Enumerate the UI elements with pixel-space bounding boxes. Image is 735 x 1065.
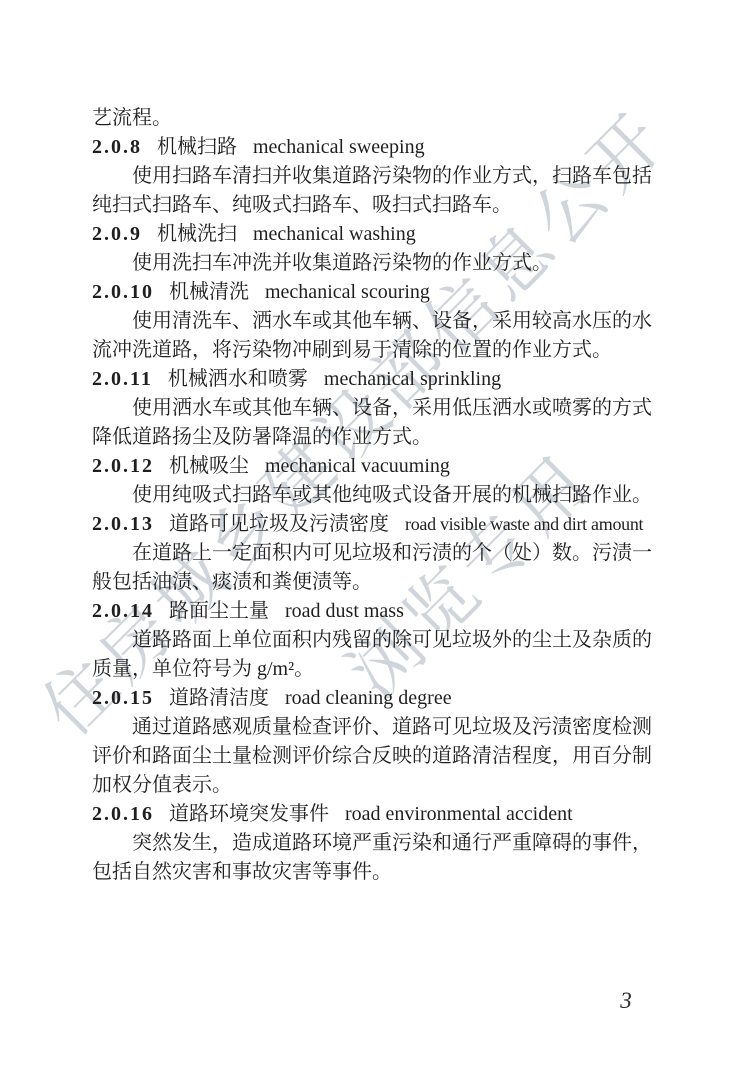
clause-number: 2.0.15	[92, 687, 154, 709]
term-section: 2.0.13道路可见垃圾及污渍密度road visible waste and …	[92, 510, 652, 597]
term-en: mechanical scouring	[265, 281, 430, 303]
term-heading: 2.0.8机械扫路mechanical sweeping	[92, 133, 652, 162]
page-content: 艺流程。 2.0.8机械扫路mechanical sweeping 使用扫路车清…	[92, 104, 652, 887]
term-section: 2.0.8机械扫路mechanical sweeping 使用扫路车清扫并收集道…	[92, 133, 652, 220]
continuation-text: 艺流程。	[92, 104, 652, 133]
term-definition: 通过道路感观质量检查评价、道路可见垃圾及污渍密度检测评价和路面尘土量检测评价综合…	[92, 713, 652, 800]
term-en: mechanical washing	[253, 223, 416, 245]
page-number: 3	[606, 988, 646, 1014]
term-zh: 机械吸尘	[169, 455, 249, 477]
sections: 2.0.8机械扫路mechanical sweeping 使用扫路车清扫并收集道…	[92, 133, 652, 887]
term-en: road dust mass	[285, 600, 404, 622]
term-section: 2.0.10机械清洗mechanical scouring 使用清洗车、洒水车或…	[92, 278, 652, 365]
term-definition: 使用扫路车清扫并收集道路污染物的作业方式，扫路车包括纯扫式扫路车、纯吸式扫路车、…	[92, 162, 652, 220]
term-zh: 道路清洁度	[169, 687, 269, 709]
term-en: road visible waste and dirt amount	[405, 514, 643, 534]
term-zh: 路面尘土量	[169, 600, 269, 622]
term-en: road cleaning degree	[285, 687, 452, 709]
clause-number: 2.0.14	[92, 600, 154, 622]
term-zh: 道路环境突发事件	[169, 803, 329, 825]
clause-number: 2.0.12	[92, 455, 154, 477]
term-heading: 2.0.10机械清洗mechanical scouring	[92, 278, 652, 307]
document-page: 住房城乡建设部信息公开 浏览专用 艺流程。 2.0.8机械扫路mechanica…	[0, 0, 735, 1065]
term-heading: 2.0.9机械洗扫mechanical washing	[92, 220, 652, 249]
term-definition: 使用纯吸式扫路车或其他纯吸式设备开展的机械扫路作业。	[92, 481, 652, 510]
term-section: 2.0.16道路环境突发事件road environmental acciden…	[92, 800, 652, 887]
clause-number: 2.0.10	[92, 281, 154, 303]
clause-number: 2.0.13	[92, 513, 154, 535]
term-heading: 2.0.16道路环境突发事件road environmental acciden…	[92, 800, 652, 829]
term-heading: 2.0.13道路可见垃圾及污渍密度road visible waste and …	[92, 510, 652, 539]
term-section: 2.0.11机械洒水和喷雾mechanical sprinkling 使用洒水车…	[92, 365, 652, 452]
clause-number: 2.0.11	[92, 368, 153, 390]
term-zh: 机械洗扫	[157, 223, 237, 245]
term-heading: 2.0.15道路清洁度road cleaning degree	[92, 684, 652, 713]
term-definition: 使用清洗车、洒水车或其他车辆、设备，采用较高水压的水流冲洗道路，将污染物冲刷到易…	[92, 307, 652, 365]
term-zh: 机械清洗	[169, 281, 249, 303]
term-en: road environmental accident	[345, 803, 573, 825]
clause-number: 2.0.8	[92, 136, 142, 158]
clause-number: 2.0.16	[92, 803, 154, 825]
term-definition: 使用洒水车或其他车辆、设备，采用低压洒水或喷雾的方式降低道路扬尘及防暑降温的作业…	[92, 394, 652, 452]
term-en: mechanical vacuuming	[265, 455, 450, 477]
term-en: mechanical sweeping	[253, 136, 425, 158]
term-zh: 机械洒水和喷雾	[168, 368, 308, 390]
term-section: 2.0.9机械洗扫mechanical washing 使用洗扫车冲洗并收集道路…	[92, 220, 652, 278]
term-heading: 2.0.11机械洒水和喷雾mechanical sprinkling	[92, 365, 652, 394]
term-en: mechanical sprinkling	[324, 368, 501, 390]
term-heading: 2.0.14路面尘土量road dust mass	[92, 597, 652, 626]
term-section: 2.0.14路面尘土量road dust mass 道路路面上单位面积内残留的除…	[92, 597, 652, 684]
term-heading: 2.0.12机械吸尘mechanical vacuuming	[92, 452, 652, 481]
term-zh: 机械扫路	[157, 136, 237, 158]
clause-number: 2.0.9	[92, 223, 142, 245]
term-definition: 使用洗扫车冲洗并收集道路污染物的作业方式。	[92, 249, 652, 278]
term-definition: 突然发生，造成道路环境严重污染和通行严重障碍的事件，包括自然灾害和事故灾害等事件…	[92, 829, 652, 887]
term-section: 2.0.15道路清洁度road cleaning degree 通过道路感观质量…	[92, 684, 652, 800]
term-section: 2.0.12机械吸尘mechanical vacuuming 使用纯吸式扫路车或…	[92, 452, 652, 510]
term-definition: 在道路上一定面积内可见垃圾和污渍的个（处）数。污渍一般包括油渍、痰渍和粪便渍等。	[92, 539, 652, 597]
term-definition: 道路路面上单位面积内残留的除可见垃圾外的尘土及杂质的质量，单位符号为 g/m²。	[92, 626, 652, 684]
term-zh: 道路可见垃圾及污渍密度	[169, 513, 389, 535]
